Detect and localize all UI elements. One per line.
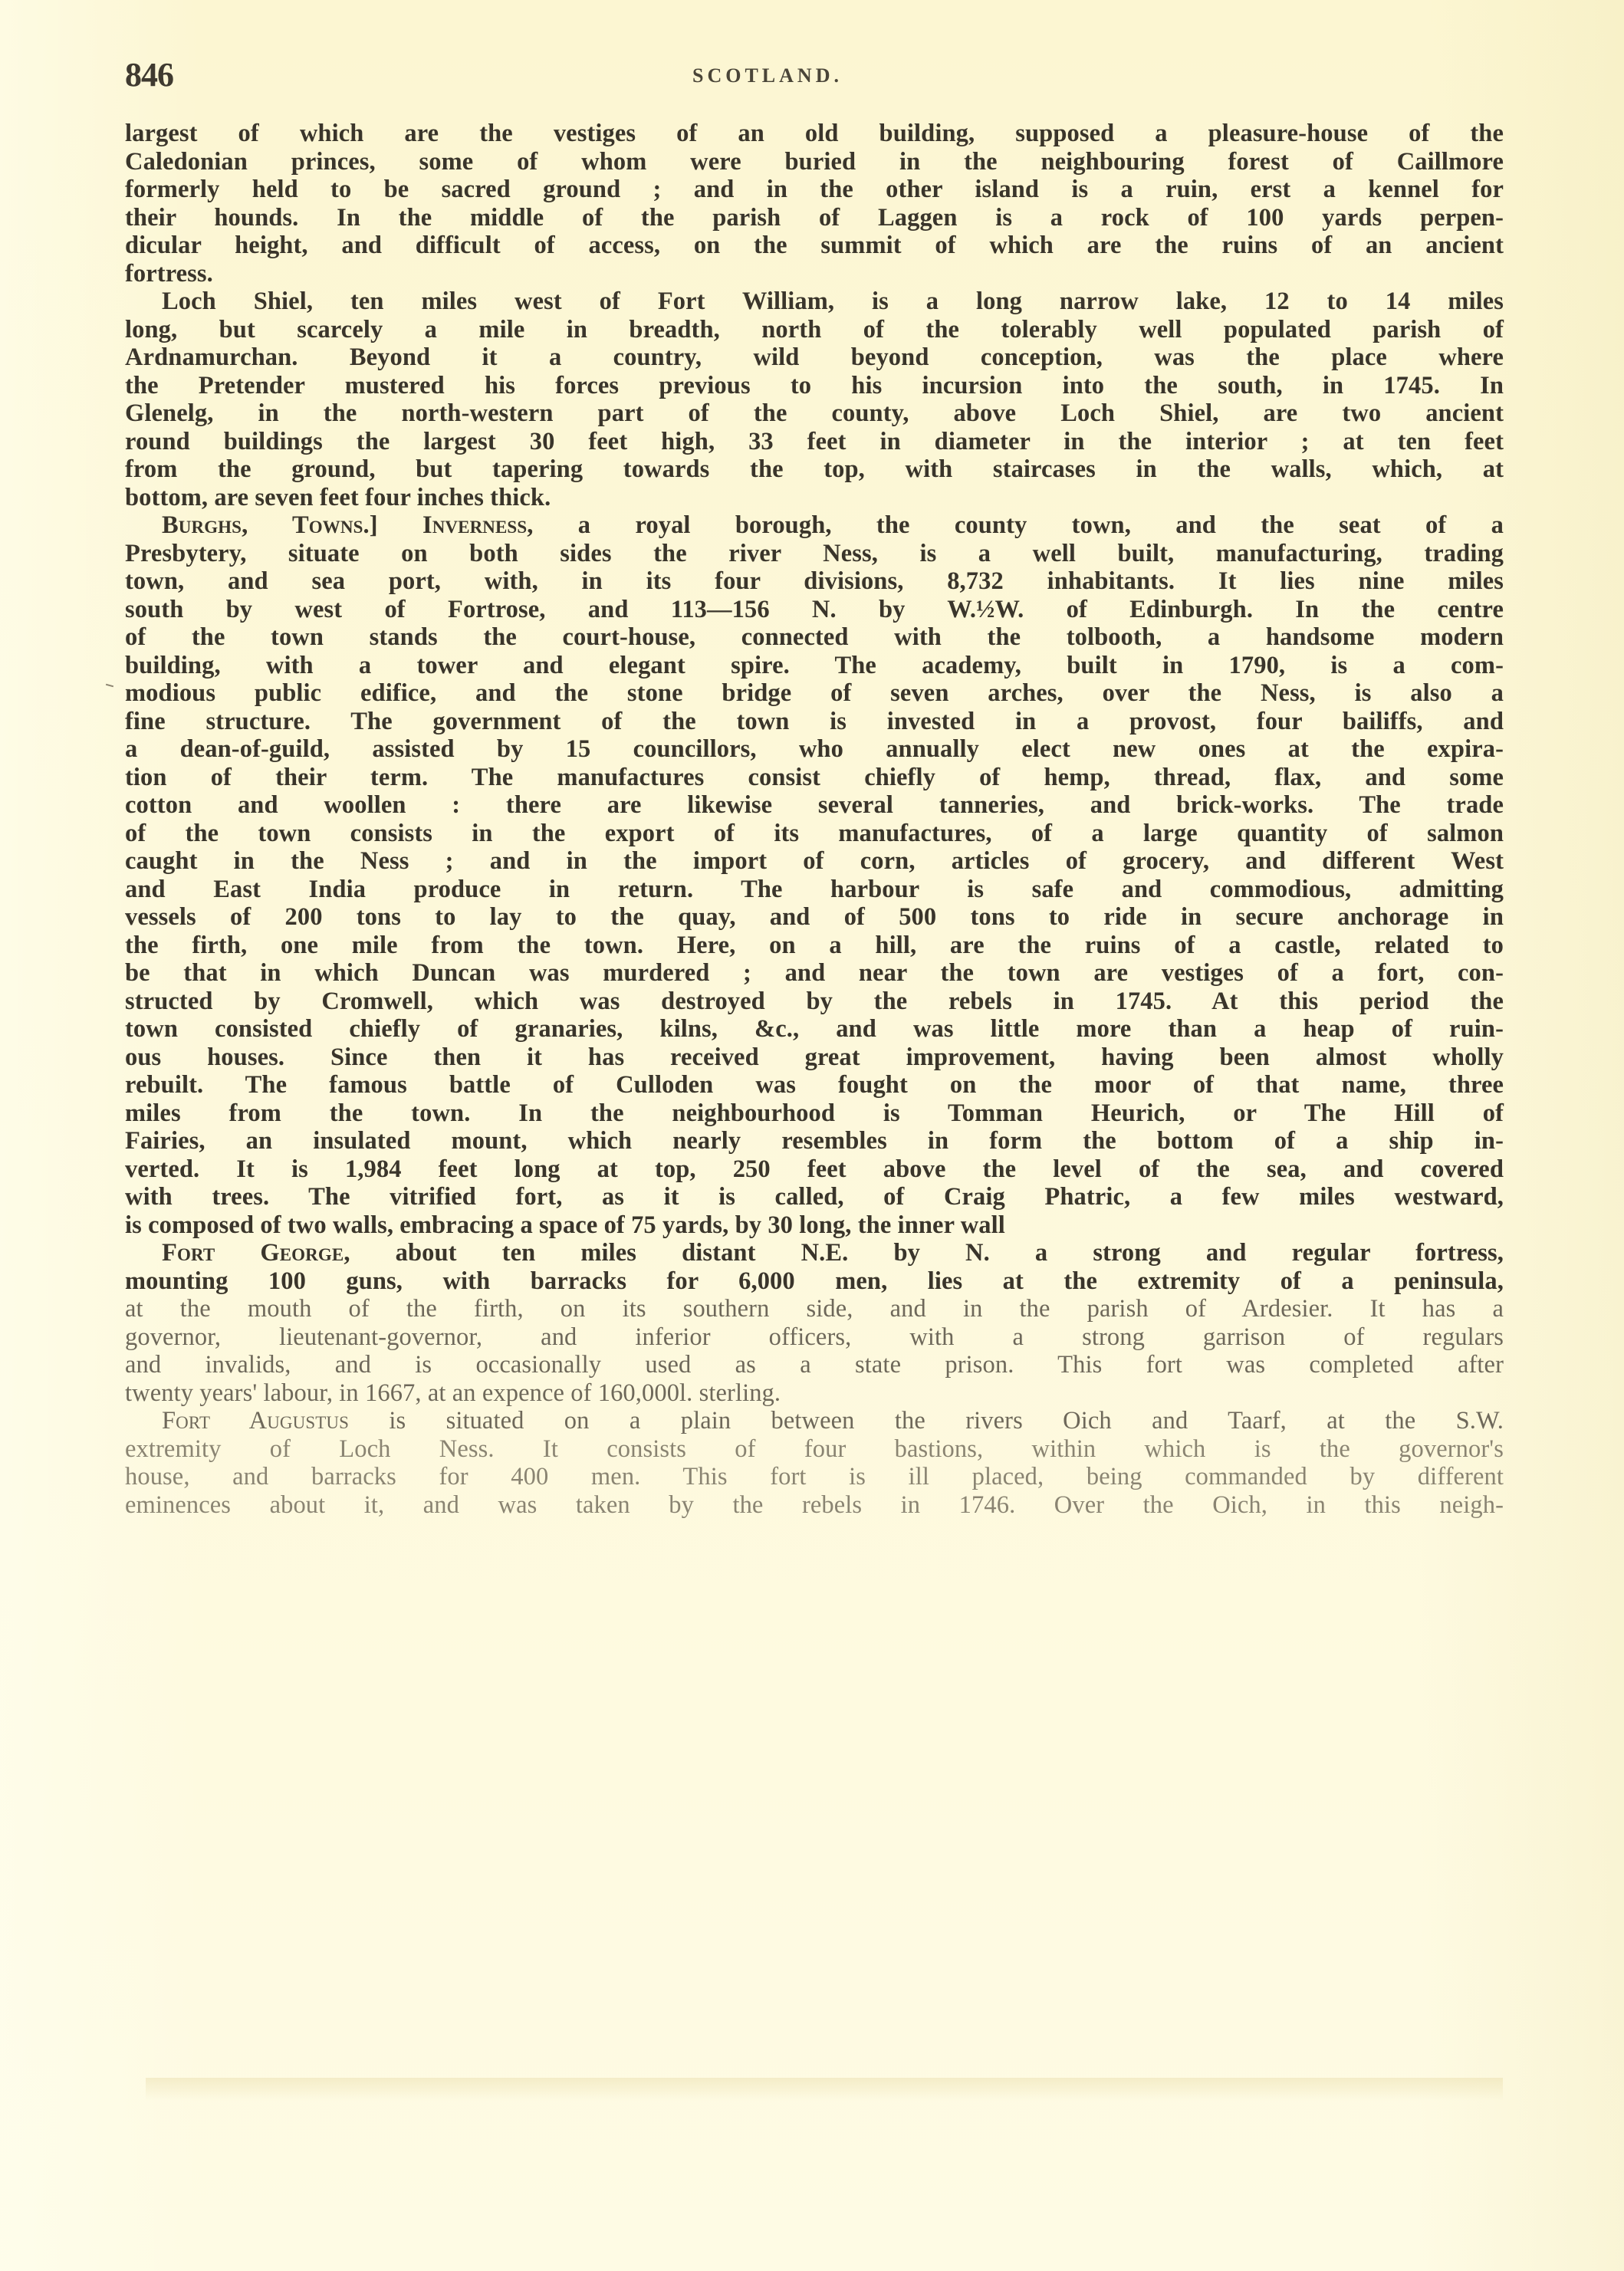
text-line: fortress. — [125, 260, 1504, 288]
running-head: 846 SCOTLAND. — [125, 55, 1504, 94]
text-line: and invalids, and is occasionally used a… — [125, 1351, 1504, 1379]
text-line: vessels of 200 tons to lay to the quay, … — [125, 903, 1504, 932]
place-name: Inverness — [422, 511, 527, 539]
paragraph-loch-shiel: Loch Shiel, ten miles west of Fort Willi… — [125, 288, 1504, 511]
text-line: a dean-of-guild, assisted by 15 councill… — [125, 735, 1504, 764]
text-line: governor, lieutenant-governor, and infer… — [125, 1323, 1504, 1352]
text-line: cotton and woollen : there are likewise … — [125, 791, 1504, 820]
text-line: of the town consists in the export of it… — [125, 820, 1504, 848]
text-line: formerly held to be sacred ground ; and … — [125, 176, 1504, 204]
text-line: at the mouth of the firth, on its southe… — [125, 1295, 1504, 1323]
text-line: Glenelg, in the north-western part of th… — [125, 399, 1504, 428]
text-line: south by west of Fortrose, and 113—156 N… — [125, 596, 1504, 624]
text-line: ous houses. Since then it has received g… — [125, 1043, 1504, 1072]
text-line: caught in the Ness ; and in the import o… — [125, 847, 1504, 876]
text-line: house, and barracks for 400 men. This fo… — [125, 1463, 1504, 1491]
text-line: town, and sea port, with, in its four di… — [125, 567, 1504, 596]
text-line: miles from the town. In the neighbourhoo… — [125, 1099, 1504, 1128]
text-line: mounting 100 guns, with barracks for 6,0… — [125, 1267, 1504, 1296]
text-line: Fairies, an insulated mount, which nearl… — [125, 1127, 1504, 1155]
section-heading: Burghs, Towns.] — [162, 511, 378, 539]
text-line: the firth, one mile from the town. Here,… — [125, 932, 1504, 960]
text-line: with trees. The vitrified fort, as it is… — [125, 1183, 1504, 1211]
body-text: largest of which are the vestiges of an … — [125, 120, 1504, 1519]
text-line: Loch Shiel, ten miles west of Fort Willi… — [125, 288, 1504, 316]
text-line: town consisted chiefly of granaries, kil… — [125, 1015, 1504, 1043]
text-line: Presbytery, situate on both sides the ri… — [125, 540, 1504, 568]
text-line: is composed of two walls, embracing a sp… — [125, 1211, 1504, 1240]
text-line: building, with a tower and elegant spire… — [125, 652, 1504, 680]
text-line: twenty years' labour, in 1667, at an exp… — [125, 1379, 1504, 1408]
text-line: from the ground, but tapering towards th… — [125, 455, 1504, 484]
text-line: Fort George, about ten miles distant N.E… — [125, 1239, 1504, 1267]
text-line: of the town stands the court-house, conn… — [125, 623, 1504, 652]
text-line: verted. It is 1,984 feet long at top, 25… — [125, 1155, 1504, 1184]
text-line: be that in which Duncan was murdered ; a… — [125, 959, 1504, 988]
text-line: tion of their term. The manufactures con… — [125, 764, 1504, 792]
text-line: extremity of Loch Ness. It consists of f… — [125, 1435, 1504, 1464]
text-line: long, but scarcely a mile in breadth, no… — [125, 316, 1504, 344]
text-line: largest of which are the vestiges of an … — [125, 120, 1504, 148]
text-line: eminences about it, and was taken by the… — [125, 1491, 1504, 1520]
text-line: the Pretender mustered his forces previo… — [125, 372, 1504, 400]
text-line: rebuilt. The famous battle of Culloden w… — [125, 1071, 1504, 1099]
text-line: dicular height, and difficult of access,… — [125, 232, 1504, 260]
paragraph-inverness: Burghs, Towns.] Inverness, a royal borou… — [125, 511, 1504, 1239]
text-line: Caledonian princes, some of whom were bu… — [125, 148, 1504, 176]
text-line: bottom, are seven feet four inches thick… — [125, 484, 1504, 512]
text-line: Fort Augustus is situated on a plain bet… — [125, 1407, 1504, 1435]
show-through-bleed — [146, 2078, 1503, 2101]
place-name: Fort Augustus — [162, 1407, 349, 1435]
text-line: round buildings the largest 30 feet high… — [125, 428, 1504, 456]
running-head-title: SCOTLAND. — [692, 64, 843, 87]
text-line: and East India produce in return. The ha… — [125, 876, 1504, 904]
text-line: structed by Cromwell, which was destroye… — [125, 988, 1504, 1016]
page-number: 846 — [125, 55, 173, 94]
paragraph-fort-augustus: Fort Augustus is situated on a plain bet… — [125, 1407, 1504, 1519]
text-line: Burghs, Towns.] Inverness, a royal borou… — [125, 511, 1504, 540]
place-name: Fort George — [162, 1239, 344, 1267]
paragraph-laggen: largest of which are the vestiges of an … — [125, 120, 1504, 288]
margin-mark — [106, 684, 113, 688]
paragraph-fort-george: Fort George, about ten miles distant N.E… — [125, 1239, 1504, 1407]
text-line: Ardnamurchan. Beyond it a country, wild … — [125, 343, 1504, 372]
text-line: their hounds. In the middle of the paris… — [125, 204, 1504, 232]
text-line: modious public edifice, and the stone br… — [125, 679, 1504, 708]
text-line: fine structure. The government of the to… — [125, 708, 1504, 736]
